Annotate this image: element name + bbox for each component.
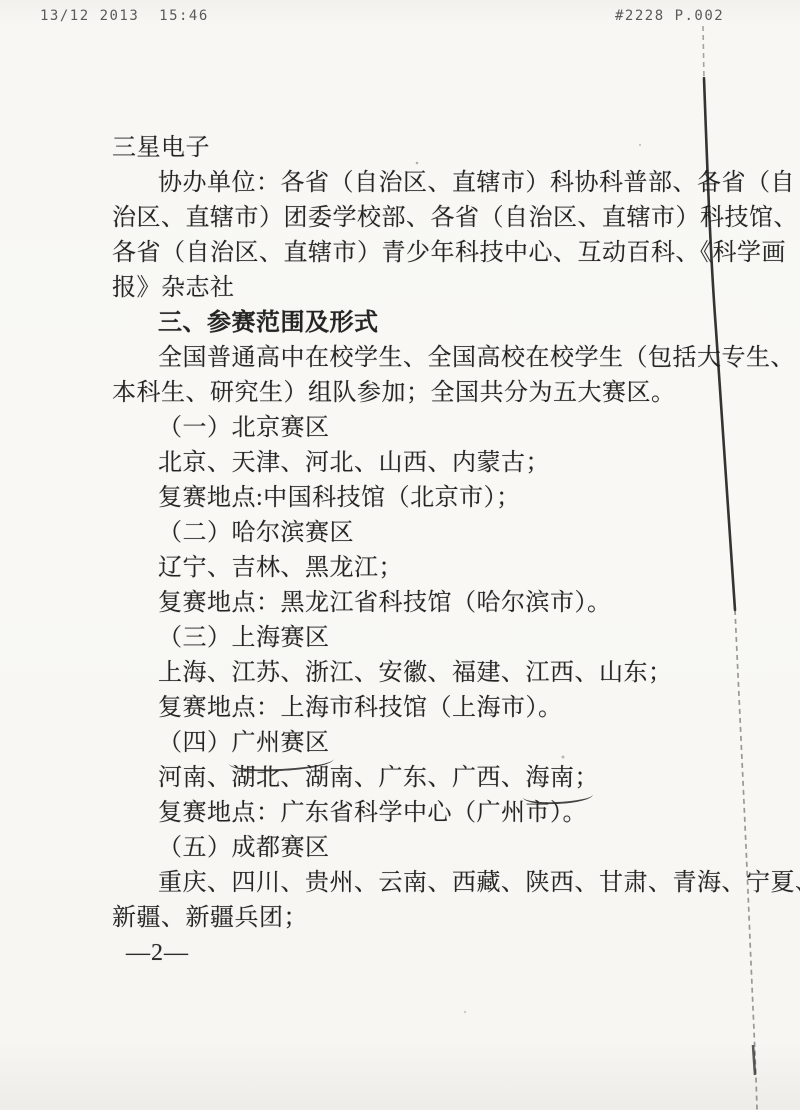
doc-line: 河南、湖北、湖南、广东、广西、海南； [112,761,718,796]
page-footer-number: —2— [126,940,189,967]
doc-line: 新疆、新疆兵团； [112,901,718,936]
doc-line: 辽宁、吉林、黑龙江； [112,551,718,586]
scanned-fax-page: 13/12 2013 15:46 #2228 P.002 三星电子 协办单位：各… [0,0,800,1110]
fax-timestamp: 13/12 2013 15:46 [40,8,209,24]
doc-line: 复赛地点:中国科技馆（北京市）； [112,481,718,516]
doc-line: 协办单位：各省（自治区、直辖市）科协科普部、各省（自 [112,166,718,201]
doc-line: 复赛地点：广东省科学中心（广州市）。 [112,796,718,831]
doc-line: 复赛地点：黑龙江省科技馆（哈尔滨市）。 [112,586,718,621]
region-heading-beijing: （一）北京赛区 [112,411,718,446]
scan-edge-line-top [703,26,704,80]
fax-page-id: #2228 P.002 [615,8,724,24]
doc-text: ； [575,765,600,791]
scan-blotch [753,1045,755,1075]
section-heading: 三、参赛范围及形式 [112,306,718,341]
doc-line: 全国普通高中在校学生、全国高校在校学生（包括大专生、 [112,341,718,376]
doc-text: 河南、湖北、湖南、广东、广西、 [158,765,526,791]
doc-line: 报》杂志社 [112,271,718,306]
doc-line: 治区、直辖市）团委学校部、各省（自治区、直辖市）科技馆、 [112,201,718,236]
region-heading-guangzhou: （四）广州赛区 [112,726,718,761]
doc-line: 重庆、四川、贵州、云南、西藏、陕西、甘肃、青海、宁夏、 [112,866,718,901]
region-heading-chengdu: （五）成都赛区 [112,831,718,866]
pen-underline-mark: 广州赛区 [232,726,330,761]
doc-line: 复赛地点：上海市科技馆（上海市）。 [112,691,718,726]
document-body: 三星电子 协办单位：各省（自治区、直辖市）科协科普部、各省（自 治区、直辖市）团… [112,131,718,936]
doc-line: 北京、天津、河北、山西、内蒙古； [112,446,718,481]
scan-speck [464,1011,466,1013]
doc-line: 三星电子 [112,131,718,166]
region-heading-shanghai: （三）上海赛区 [112,621,718,656]
pen-underline-mark: 海南 [526,761,575,796]
doc-text: （四） [158,730,232,756]
doc-line: 各省（自治区、直辖市）青少年科技中心、互动百科、《科学画 [112,236,718,271]
region-heading-harbin: （二）哈尔滨赛区 [112,516,718,551]
scan-edge-line-bottom [735,610,757,1110]
doc-line: 上海、江苏、浙江、安徽、福建、江西、山东； [112,656,718,691]
doc-line: 本科生、研究生）组队参加；全国共分为五大赛区。 [112,376,718,411]
